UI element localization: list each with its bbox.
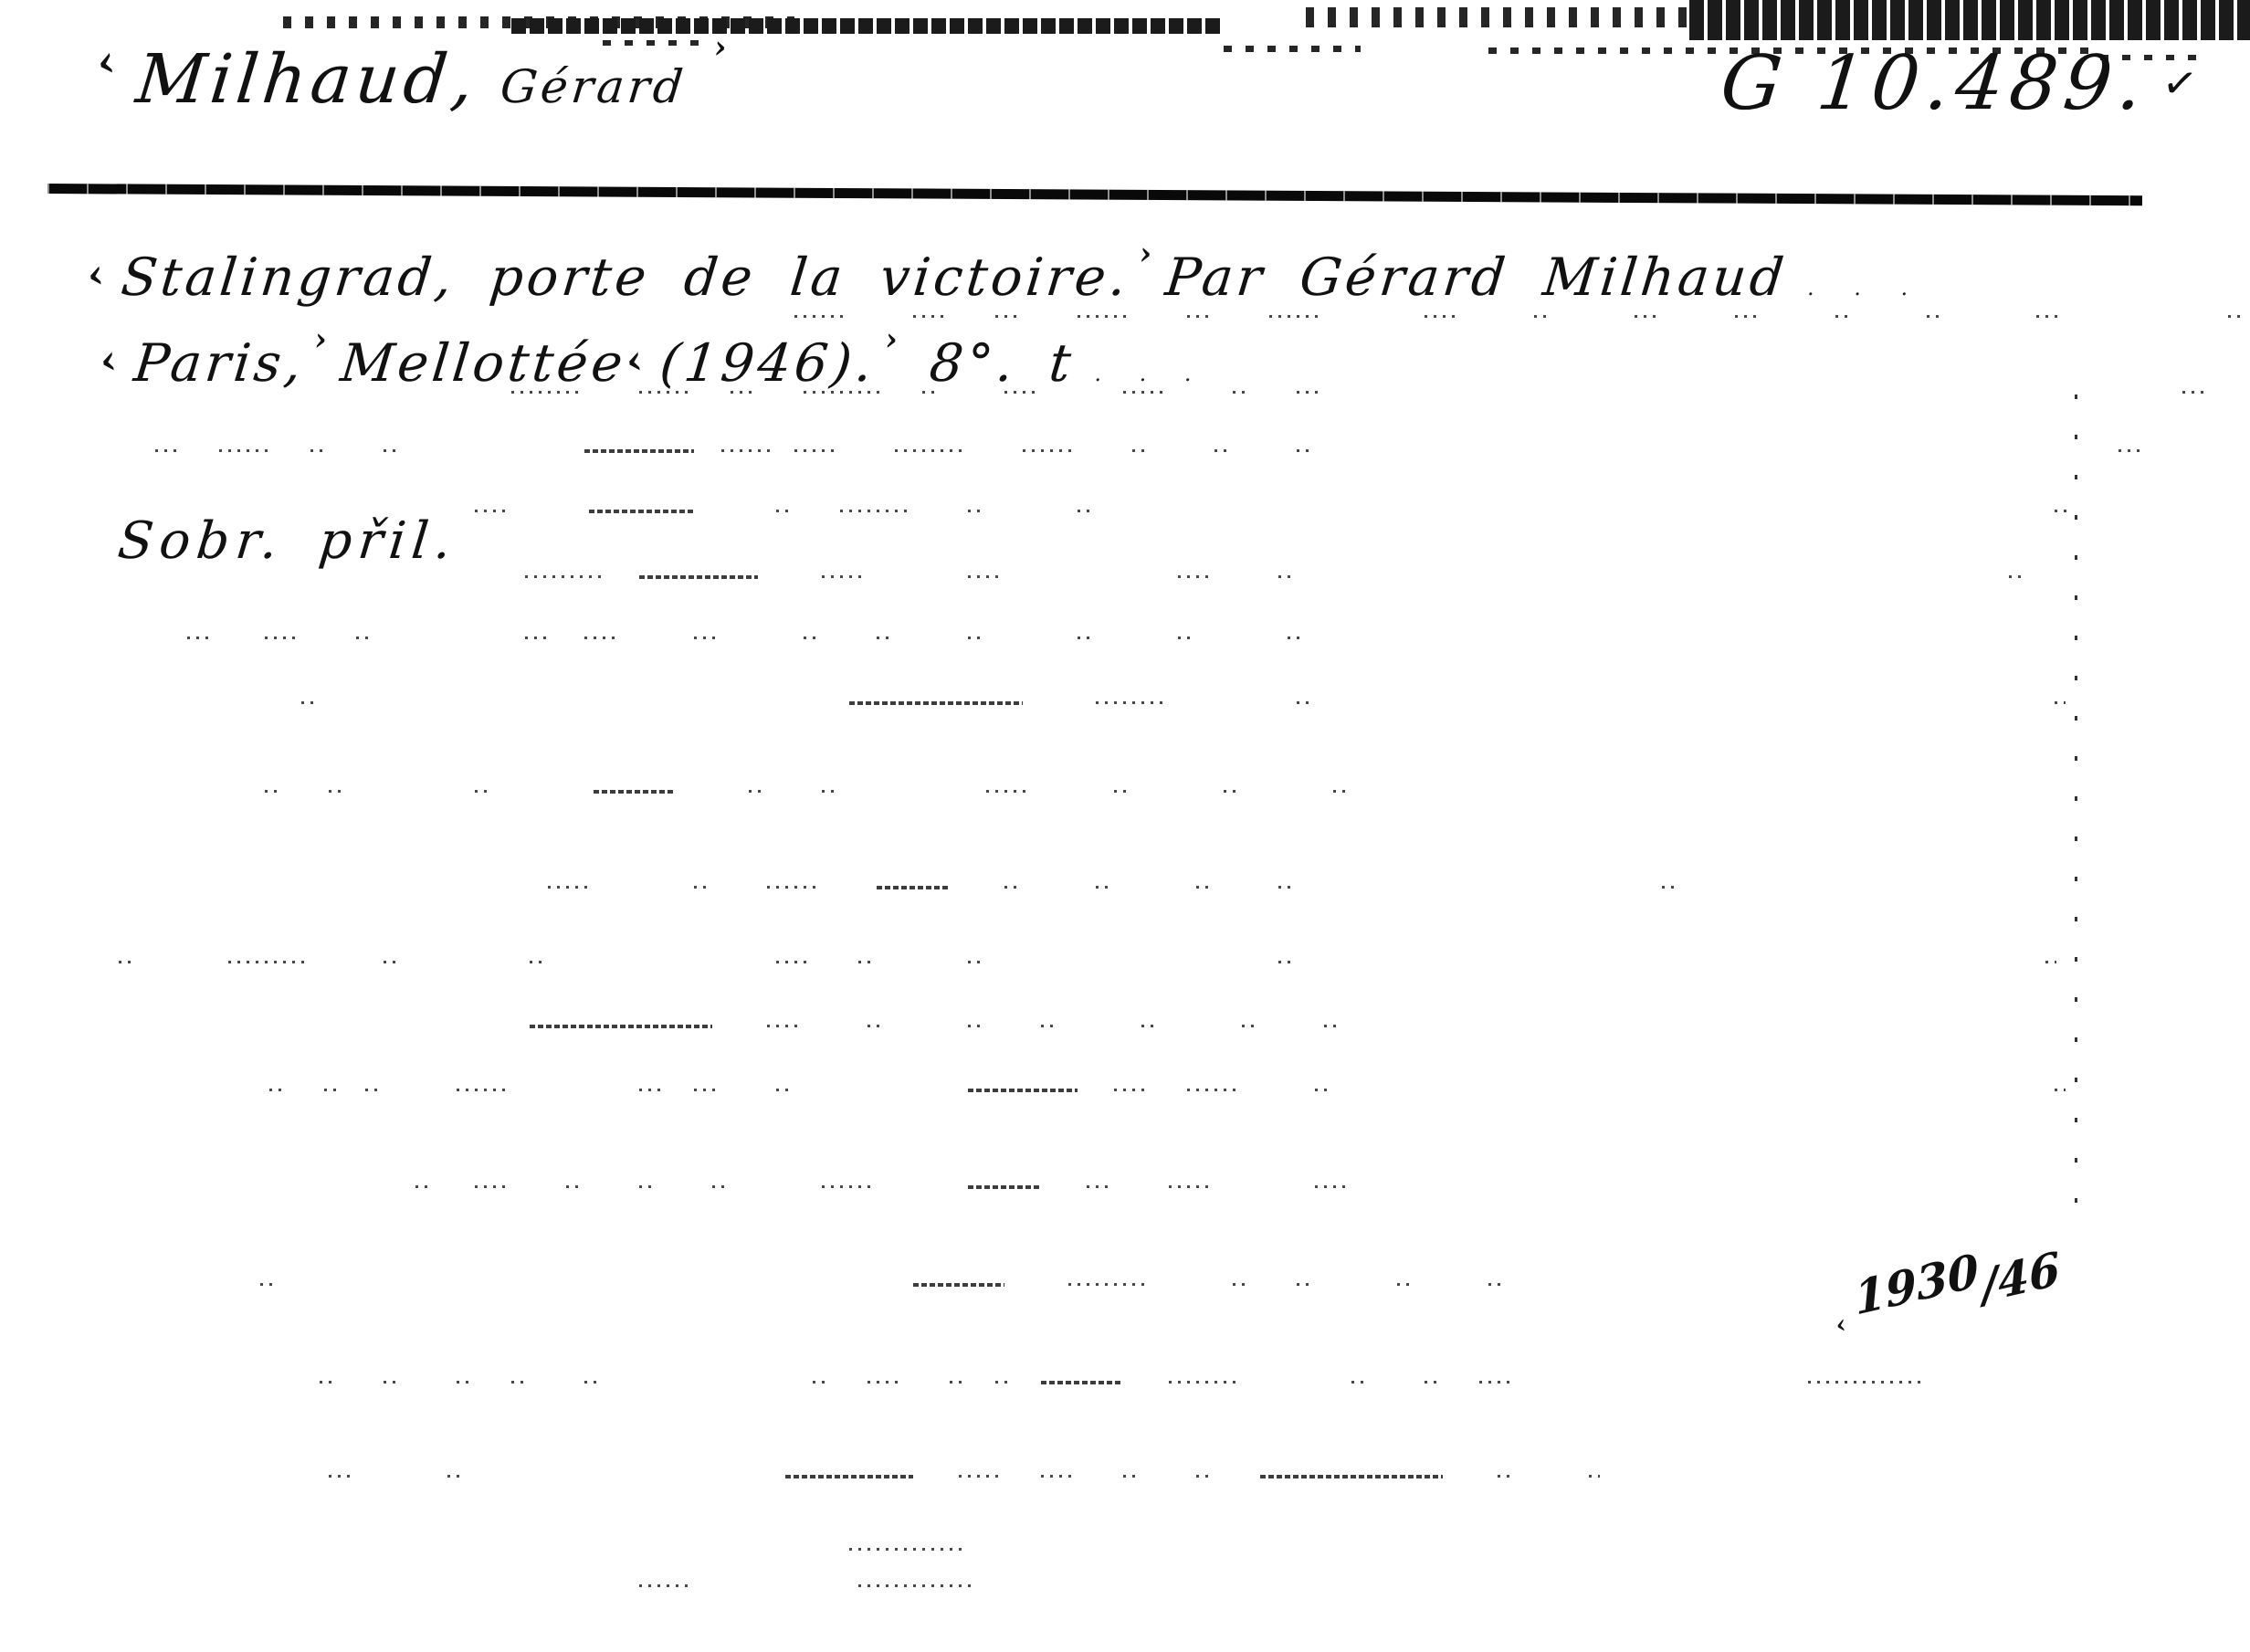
scan-noise: [913, 315, 950, 318]
holdings-note: Sobr. přil.: [115, 511, 460, 571]
scan-noise: [119, 961, 137, 963]
scan-noise: [1689, 0, 2250, 40]
scan-noise: [566, 1185, 584, 1188]
scan-noise: [1808, 1381, 1927, 1384]
scan-noise: [968, 575, 1004, 578]
scan-noise: [1242, 1025, 1260, 1027]
scan-noise: [1297, 701, 1315, 704]
scan-noise: [1315, 1185, 1351, 1188]
author-heading: ‹ Milhaud, Gérard ›: [91, 40, 727, 119]
place-mark-close: ›: [312, 321, 332, 358]
scan-noise: [1132, 449, 1151, 452]
publisher: Mellottée: [338, 333, 629, 394]
scan-noise: [265, 790, 283, 793]
accession-mark: ‹: [1835, 1308, 1847, 1341]
scan-noise: [822, 1185, 877, 1188]
scan-noise: [2055, 1089, 2066, 1091]
scan-noise: [1233, 391, 1251, 394]
scan-noise: [219, 449, 274, 452]
scan-noise: [447, 1475, 466, 1478]
scan-noise: [475, 1185, 511, 1188]
scan-noise: [155, 449, 183, 452]
scan-noise: [1041, 1025, 1059, 1027]
scan-noise: [594, 790, 676, 794]
scan-noise: [1288, 637, 1306, 639]
scan-noise: [1534, 315, 1552, 318]
scan-noise: [986, 790, 1032, 793]
scan-noise: [329, 1475, 356, 1478]
scan-noise: [384, 1381, 402, 1384]
scan-noise: [1835, 315, 1849, 318]
year-mark-close: ›: [883, 321, 903, 358]
scan-noise: [1278, 886, 1297, 889]
scan-noise: [995, 1381, 1014, 1384]
scan-noise: [1096, 701, 1169, 704]
scan-noise: [548, 886, 594, 889]
scan-noise: [968, 1025, 986, 1027]
scan-noise: [584, 1381, 603, 1384]
statement-of-responsibility: Par Gérard Milhaud: [1162, 247, 1790, 308]
scan-noise: [1023, 449, 1078, 452]
publication-place: Paris,: [131, 333, 309, 394]
scan-noise: [2036, 315, 2064, 318]
scan-noise: [1278, 575, 1297, 578]
scan-noise: [1224, 46, 1361, 52]
scan-noise: [1178, 575, 1214, 578]
scan-noise: [721, 449, 776, 452]
scan-noise: [867, 1381, 904, 1384]
scan-noise: [776, 961, 813, 963]
scan-noise: [694, 637, 721, 639]
vertical-dotted-line: [2075, 395, 2077, 1207]
scan-noise: [269, 1089, 288, 1091]
scan-noise: [877, 637, 895, 639]
scan-noise: [849, 1548, 968, 1551]
scan-noise: [639, 1089, 667, 1091]
scan-noise: [525, 575, 603, 578]
scan-noise: [804, 637, 822, 639]
scan-noise: [228, 961, 310, 963]
title-mark-close: ›: [1138, 236, 1158, 272]
scan-noise: [858, 1584, 977, 1587]
scan-noise: [895, 449, 968, 452]
scan-noise: [794, 449, 840, 452]
scan-noise: [324, 1089, 342, 1091]
scan-noise: [384, 449, 402, 452]
scan-noise: [310, 449, 329, 452]
scan-noise: [1324, 1025, 1342, 1027]
scan-noise: [187, 637, 210, 639]
scan-noise: [776, 1089, 794, 1091]
author-given-name: Gérard: [498, 60, 689, 113]
scan-noise: [767, 1025, 804, 1027]
trailing-dots: . . .: [1806, 275, 1919, 300]
scan-noise: [1662, 886, 1680, 889]
scan-noise: [913, 1283, 1004, 1287]
scan-noise: [767, 886, 822, 889]
scan-noise: [1269, 315, 1324, 318]
scan-noise: [365, 1089, 384, 1091]
scan-noise: [1004, 886, 1023, 889]
scan-noise: [1297, 449, 1315, 452]
scan-noise: [1078, 510, 1096, 512]
scan-noise: [1114, 790, 1132, 793]
scan-noise: [1196, 1475, 1214, 1478]
scan-noise: [2182, 391, 2206, 394]
scan-noise: [2055, 510, 2067, 512]
scan-noise: [2055, 701, 2066, 704]
scan-noise: [584, 449, 694, 453]
scan-noise: [1141, 1025, 1160, 1027]
scan-noise: [858, 961, 877, 963]
scan-noise: [1114, 1089, 1151, 1091]
scan-noise: [1196, 886, 1214, 889]
scan-noise: [785, 1475, 913, 1478]
scan-noise: [794, 315, 849, 318]
scan-noise: [1123, 1475, 1141, 1478]
scan-noise: [475, 510, 511, 512]
scan-noise: [1306, 7, 1698, 27]
scan-noise: [968, 1089, 1078, 1092]
scan-noise: [530, 1025, 712, 1028]
scan-noise: [525, 637, 548, 639]
scan-noise: [1214, 449, 1233, 452]
scan-noise: [2119, 449, 2144, 452]
scan-noise: [384, 961, 402, 963]
scan-noise: [1498, 1475, 1516, 1478]
scan-noise: [867, 1025, 886, 1027]
scan-noise: [1927, 315, 1940, 318]
scan-noise: [1635, 315, 1662, 318]
scan-noise: [1068, 1283, 1151, 1286]
scan-noise: [356, 637, 374, 639]
scan-noise: [840, 510, 913, 512]
scan-noise: [1078, 637, 1096, 639]
scan-noise: [511, 1381, 530, 1384]
scan-noise: [530, 961, 548, 963]
scan-noise: [1260, 1475, 1443, 1478]
scan-noise: [877, 886, 950, 889]
scan-noise: [968, 961, 986, 963]
scan-noise: [1169, 1185, 1214, 1188]
scan-noise: [694, 1089, 721, 1091]
scan-noise: [959, 1475, 1004, 1478]
scan-noise: [1224, 790, 1242, 793]
scan-noise: [589, 510, 694, 513]
insertion-mark-open: ‹: [94, 36, 119, 89]
scan-noise: [1233, 1283, 1251, 1286]
scan-noise: [1333, 790, 1351, 793]
scan-noise: [1488, 1283, 1507, 1286]
scan-noise: [2045, 961, 2056, 963]
scan-noise: [639, 1185, 657, 1188]
year-mark-open: ‹: [624, 335, 648, 384]
scan-noise: [1087, 1185, 1114, 1188]
check-mark: ✓: [2159, 57, 2201, 110]
imprint-trailing-dots: . . .: [1094, 361, 1203, 386]
scan-noise: [1187, 315, 1214, 318]
scan-noise: [2228, 315, 2245, 318]
scan-noise: [1187, 1089, 1242, 1091]
scan-noise: [1589, 1475, 1600, 1478]
scan-noise: [822, 790, 840, 793]
scan-noise: [329, 790, 347, 793]
scan-noise: [1297, 391, 1324, 394]
scan-noise: [475, 790, 493, 793]
scan-noise: [265, 637, 301, 639]
book-format: 8°. t: [927, 333, 1078, 394]
scan-noise: [995, 315, 1023, 318]
scan-noise: [712, 1185, 731, 1188]
scan-noise: [639, 575, 758, 579]
scan-noise: [1479, 1381, 1516, 1384]
scan-noise: [1078, 315, 1132, 318]
scan-noise: [415, 1185, 434, 1188]
scan-noise: [749, 790, 767, 793]
scan-noise: [1178, 637, 1196, 639]
scan-noise: [511, 18, 1224, 34]
scan-noise: [776, 510, 794, 512]
title-mark-open: ‹: [85, 249, 110, 299]
scan-noise: [301, 701, 320, 704]
scan-noise: [320, 1381, 338, 1384]
scan-noise: [1169, 1381, 1242, 1384]
scan-noise: [457, 1089, 511, 1091]
scan-noise: [968, 510, 986, 512]
scan-noise: [968, 637, 986, 639]
publication-year: (1946).: [657, 333, 879, 394]
scan-noise: [950, 1381, 968, 1384]
scan-noise: [639, 1584, 694, 1587]
scan-noise: [1041, 1475, 1078, 1478]
scan-noise: [1735, 315, 1758, 318]
scan-noise: [968, 1185, 1041, 1189]
scan-noise: [2009, 575, 2022, 578]
scan-noise: [1297, 1283, 1315, 1286]
scan-noise: [1397, 1283, 1415, 1286]
scan-noise: [1278, 961, 1297, 963]
author-surname: Milhaud,: [132, 40, 481, 119]
title-line: ‹Stalingrad, porte de la victoire.›Par G…: [84, 236, 1923, 308]
scan-noise: [1041, 1381, 1123, 1384]
scan-noise: [1351, 1381, 1370, 1384]
shelfmark: G 10.489.: [1717, 40, 2153, 127]
scan-noise: [1315, 1089, 1333, 1091]
scan-noise: [457, 1381, 475, 1384]
scan-noise: [822, 575, 867, 578]
title-text: Stalingrad, porte de la victoire.: [119, 247, 1133, 308]
place-mark-open: ‹: [98, 335, 122, 384]
scan-noise: [849, 701, 1023, 705]
scan-noise: [1425, 315, 1461, 318]
catalog-card: ‹ Milhaud, Gérard › G 10.489. ✓ ‹Staling…: [0, 0, 2250, 1652]
scan-noise: [260, 1283, 279, 1286]
scan-noise: [1096, 886, 1114, 889]
scan-noise: [1425, 1381, 1443, 1384]
scan-noise: [584, 637, 621, 639]
scan-noise: [813, 1381, 831, 1384]
imprint-line: ‹Paris,›Mellottée‹(1946).›8°. t. . .: [97, 321, 1206, 394]
scan-noise: [694, 886, 712, 889]
